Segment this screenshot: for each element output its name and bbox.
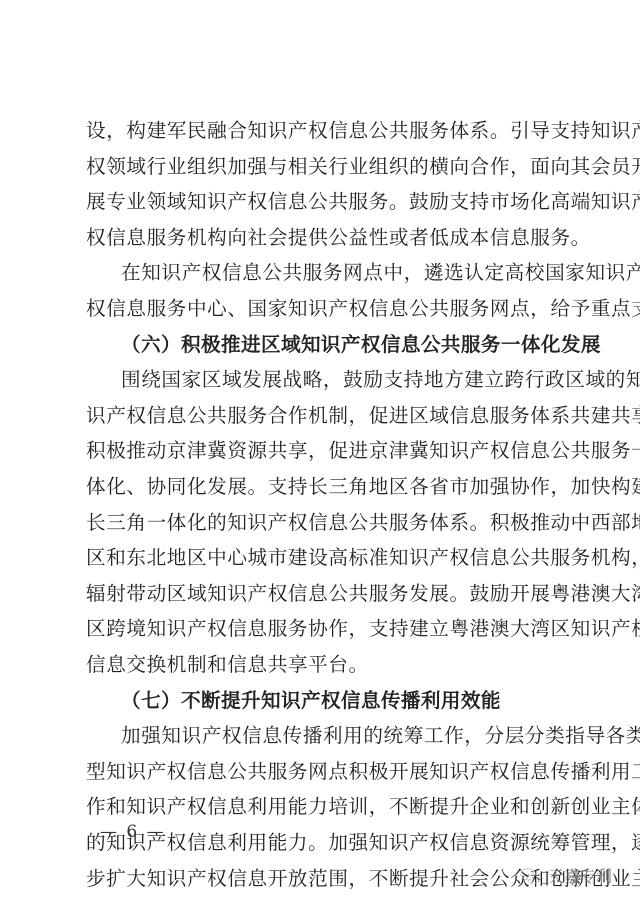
- text-line: 体化、协同化发展。支持长三角地区各省市加强协作，加快构建: [86, 469, 552, 505]
- text-line: 权信息服务中心、国家知识产权信息公共服务网点，给予重点支持。: [86, 291, 552, 327]
- section-heading: （六）积极推进区域知识产权信息公共服务一体化发展: [121, 327, 552, 363]
- text-line: 步扩大知识产权信息开放范围，不断提升社会公众和创新创业主: [86, 861, 552, 897]
- watermark: 天嘉专利: [520, 864, 612, 887]
- text-line: 识产权信息公共服务合作机制，促进区域信息服务体系共建共享。: [86, 398, 552, 434]
- text-line: 展专业领域知识产权信息公共服务。鼓励支持市场化高端知识产: [86, 184, 552, 220]
- text-line: 围绕国家区域发展战略，鼓励支持地方建立跨行政区域的知: [121, 362, 552, 398]
- text-line: 辐射带动区域知识产权信息公共服务发展。鼓励开展粤港澳大湾: [86, 576, 552, 612]
- text-line: 型知识产权信息公共服务网点积极开展知识产权信息传播利用工: [86, 754, 552, 790]
- document-page: 设，构建军民融合知识产权信息公共服务体系。引导支持知识产权领域行业组织加强与相关…: [0, 0, 640, 904]
- text-line: 区跨境知识产权信息服务协作，支持建立粤港澳大湾区知识产权: [86, 611, 552, 647]
- text-line: 设，构建军民融合知识产权信息公共服务体系。引导支持知识产: [86, 113, 552, 149]
- watermark-label: 天嘉专利: [548, 864, 612, 887]
- text-line: 作和知识产权信息利用能力培训，不断提升企业和创新创业主体: [86, 789, 552, 825]
- text-line: 权信息服务机构向社会提供公益性或者低成本信息服务。: [86, 220, 552, 256]
- wechat-icon: [520, 867, 542, 885]
- text-line: 加强知识产权信息传播利用的统筹工作，分层分类指导各类: [121, 718, 552, 754]
- text-line: 区和东北地区中心城市建设高标准知识产权信息公共服务机构，: [86, 540, 552, 576]
- text-line: 权领域行业组织加强与相关行业组织的横向合作，面向其会员开: [86, 149, 552, 185]
- text-line: 信息交换机制和信息共享平台。: [86, 647, 552, 683]
- section-heading: （七）不断提升知识产权信息传播利用效能: [121, 683, 552, 719]
- page-number: — 6 —: [100, 822, 166, 842]
- text-line: 积极推动京津冀资源共享，促进京津冀知识产权信息公共服务一: [86, 433, 552, 469]
- text-line: 长三角一体化的知识产权信息公共服务体系。积极推动中西部地: [86, 505, 552, 541]
- text-line: 在知识产权信息公共服务网点中，遴选认定高校国家知识产: [121, 255, 552, 291]
